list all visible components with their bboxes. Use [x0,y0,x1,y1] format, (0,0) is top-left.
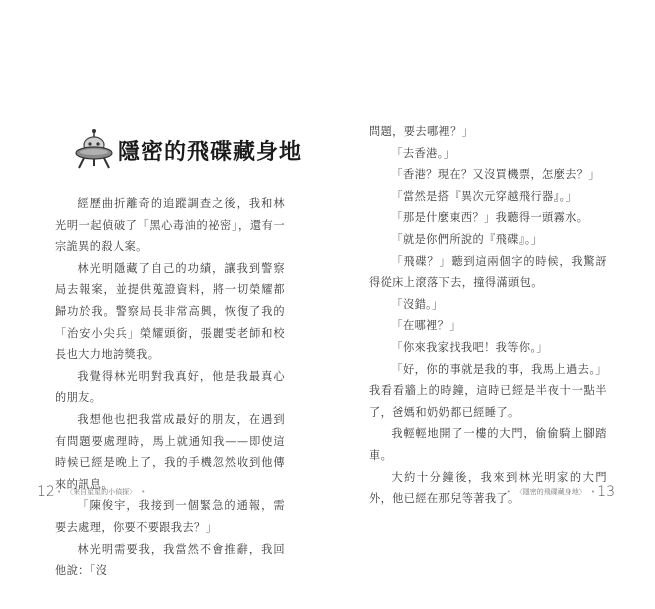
chapter-title: 隱密的飛碟藏身地 [118,135,302,166]
paragraph: 問題，要去哪裡？」 [369,121,607,143]
paragraph: 「就是你們所說的『飛碟』。」 [369,229,607,251]
paragraph: 「去香港。」 [369,143,607,165]
paragraph: 「香港？現在？又沒買機票，怎麼去？」 [369,164,607,186]
running-title: 〈隱密的飛碟藏身地〉 [516,487,586,497]
paragraph: 「好，你的事就是我的事，我馬上過去。」我看看牆上的時鐘，這時已經是半夜十一點半了… [369,359,607,424]
paragraph: 「飛碟？」聽到這兩個字的時候，我驚訝得從床上滾落下去，撞得滿頭包。 [369,251,607,294]
right-text-column: 問題，要去哪裡？」 「去香港。」 「香港？現在？又沒買機票，怎麼去？」 「當然是… [369,121,607,510]
book-spread: 隱密的飛碟藏身地 經歷曲折離奇的追蹤調查之後，我和林光明一起偵破了「黑心毒油的祕… [0,0,655,609]
paragraph: 「沒錯。」 [369,294,607,316]
paragraph: 林光明需要我，我當然不會推辭，我回他說：「沒 [55,539,285,582]
paragraph: 「當然是搭『異次元穿越飛行器』。」 [369,186,607,208]
separator-dot: • [141,488,145,496]
chapter-heading: 隱密的飛碟藏身地 [74,128,302,172]
paragraph: 我想他也把我當成最好的朋友，在遇到有問題要處理時，馬上就通知我——即使這時候已經… [55,409,285,495]
page-number: 13 [597,484,615,500]
separator-dot: • [55,488,61,496]
right-footer: • 〈隱密的飛碟藏身地〉 • 13 [507,484,615,500]
paragraph: 林光明隱藏了自己的功績，讓我到警察局去報案，並提供蒐證資料，將一切榮耀都歸功於我… [55,258,285,366]
paragraph: 我輕輕地開了一樓的大門，偷偷騎上腳踏車。 [369,423,607,466]
paragraph: 「那是什麼東西？」我聽得一頭霧水。 [369,207,607,229]
page-number: 12 [37,484,55,500]
paragraph: 「你來我家找我吧！我等你。」 [369,337,607,359]
paragraph: 經歷曲折離奇的追蹤調查之後，我和林光明一起偵破了「黑心毒油的祕密」，還有一宗詭異… [55,193,285,258]
separator-dot: • [507,488,511,496]
left-text-column: 經歷曲折離奇的追蹤調查之後，我和林光明一起偵破了「黑心毒油的祕密」，還有一宗詭異… [55,193,285,582]
left-footer: 12 • 〈來自星星的小偵探〉 • [37,484,145,500]
paragraph: 「在哪裡？」 [369,315,607,337]
ufo-icon [74,128,114,172]
paragraph: 「陳俊宇，我接到一個緊急的通報，需要去處理，你要不要跟我去？」 [55,495,285,538]
paragraph: 我覺得林光明對我真好，他是我最真心的朋友。 [55,366,285,409]
left-page: 隱密的飛碟藏身地 經歷曲折離奇的追蹤調查之後，我和林光明一起偵破了「黑心毒油的祕… [0,0,327,609]
running-title: 〈來自星星的小偵探〉 [66,487,136,497]
right-page: 問題，要去哪裡？」 「去香港。」 「香港？現在？又沒買機票，怎麼去？」 「當然是… [327,0,655,609]
